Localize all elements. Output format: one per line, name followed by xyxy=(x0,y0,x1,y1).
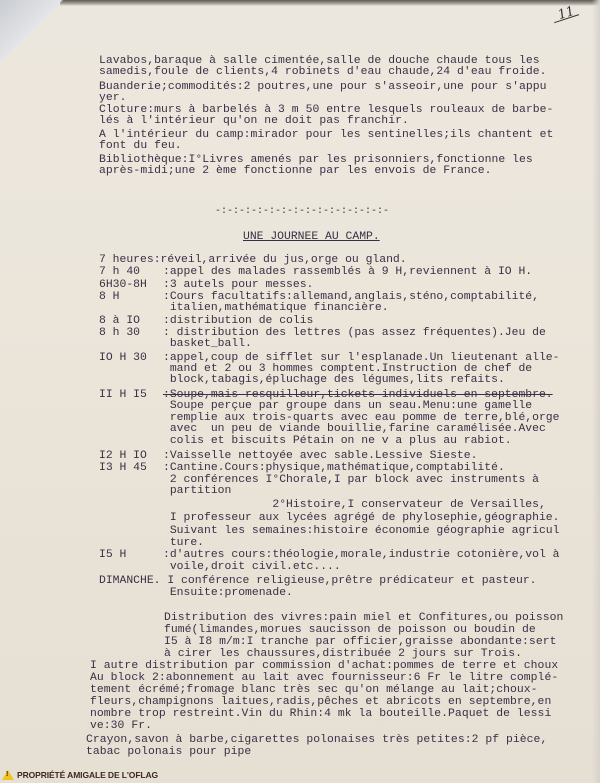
schedule-text: colis et biscuits Pétain on ne v a plus … xyxy=(163,435,512,447)
schedule-text: ture. xyxy=(163,537,204,549)
schedule-text: :distribution de colis xyxy=(163,315,313,327)
schedule-text: I professeur aux lycées agrégé de phylos… xyxy=(163,512,559,524)
schedule-text: Soupe perçue par groupe dans un seau.Men… xyxy=(163,400,532,412)
intro-line: font du feu. xyxy=(99,141,182,152)
schedule-row-cont: partition xyxy=(99,486,231,497)
schedule-row: 6H30-8H:3 autels pour messes. xyxy=(99,280,313,291)
warning-icon: ! xyxy=(2,770,14,780)
schedule-text: basket_ball. xyxy=(163,338,252,350)
schedule-row-cont: Ensuite:promenade. xyxy=(99,588,293,599)
schedule-time: 7 h 40 xyxy=(99,267,163,278)
schedule-text: 2°Histoire,I conservateur de Versailles, xyxy=(163,499,546,511)
schedule-time: 7 heures xyxy=(99,254,154,266)
intro-line: samedis,foule de clients,4 robinets d'ea… xyxy=(99,67,547,78)
schedule-row-cont: Suivant les semaines:histoire économie g… xyxy=(99,526,559,537)
intro-line: après-midi;une 2 ème fonctionne par les … xyxy=(99,166,491,177)
purchases-line: tabac polonais pour pipe xyxy=(86,747,251,758)
page-right-edge xyxy=(592,0,600,783)
schedule-row-cont: block,tabagis,épluchage des légumes,lits… xyxy=(99,375,505,386)
schedule-row-cont: italien,mathématique financière. xyxy=(99,303,389,314)
page-top-shadow xyxy=(60,0,600,6)
schedule-row: 7 heures:réveil,arrivée du jus,orge ou g… xyxy=(99,255,407,266)
footer-label: PROPRIÉTÉ AMIGALE DE L'OFLAG xyxy=(17,770,158,780)
schedule-row: 8 à IO:distribution de colis xyxy=(99,316,313,327)
schedule-row: 7 h 40:appel des malades rassemblés à 9 … xyxy=(99,267,532,278)
schedule-time: 8 H xyxy=(99,292,163,303)
schedule-text: :réveil,arrivée du jus,orge ou gland. xyxy=(154,254,407,266)
purchases-line: tement écrémé;fromage blanc très sec qu'… xyxy=(90,685,538,696)
schedule-text: voile,droit civil.etc.... xyxy=(163,561,341,573)
schedule-text: :Vaisselle nettoyée avec sable.Lessive S… xyxy=(163,450,477,462)
schedule-time: 8 h 30 xyxy=(99,328,163,339)
schedule-row: I5 H:d'autres cours:théologie,morale,ind… xyxy=(99,550,559,561)
purchases-line: Au block 2:abonnement au lait avec fourn… xyxy=(90,673,558,684)
schedule-text: :appel des malades rassemblés à 9 H,revi… xyxy=(163,266,532,278)
purchases-line: ve:30 Fr. xyxy=(90,721,152,732)
schedule-row-cont: Soupe perçue par groupe dans un seau.Men… xyxy=(99,401,532,412)
schedule-text: partition xyxy=(163,485,231,497)
section-title: UNE JOURNEE AU CAMP. xyxy=(243,231,380,243)
page-number: 11 xyxy=(556,4,576,23)
document-page: 11 Lavabos,baraque à salle cimentée,sall… xyxy=(0,0,600,783)
provisions-line: fumé(limandes,morues saucisson de poisso… xyxy=(164,625,536,636)
schedule-time: 6H30-8H xyxy=(99,280,163,291)
schedule-text: :Cantine.Cours:physique,mathématique,com… xyxy=(163,462,505,474)
purchases-line: nombre trop restreint.Vin du Rhin:4 mk l… xyxy=(90,709,551,720)
schedule-text: I conférence religieuse,prêtre prédicate… xyxy=(161,575,537,587)
provisions-line: à cirer les chaussures,distribuée 2 jour… xyxy=(164,649,522,660)
purchases-line: I autre distribution par commission d'ac… xyxy=(90,661,558,672)
schedule-row-cont: avec un peu de viande bouillie,farine ca… xyxy=(99,424,546,435)
provisions-line: Distribution des vivres:pain miel et Con… xyxy=(164,613,563,624)
schedule-text: Ensuite:promenade. xyxy=(163,587,293,599)
schedule-text: Suivant les semaines:histoire économie g… xyxy=(163,525,559,537)
provisions-line: I5 à I8 m/m:I tranche par officier,grais… xyxy=(164,637,556,648)
schedule-row-cont: colis et biscuits Pétain on ne v a plus … xyxy=(99,436,512,447)
schedule-time: I2 H IO xyxy=(99,451,163,462)
schedule-row: I2 H IO:Vaisselle nettoyée avec sable.Le… xyxy=(99,451,477,462)
schedule-text: :3 autels pour messes. xyxy=(163,279,313,291)
ownership-footer: ! PROPRIÉTÉ AMIGALE DE L'OFLAG xyxy=(2,770,158,780)
schedule-text: avec un peu de viande bouillie,farine ca… xyxy=(163,423,546,435)
schedule-text: :d'autres cours:théologie,morale,industr… xyxy=(163,549,559,561)
schedule-row-cont: I professeur aux lycées agrégé de phylos… xyxy=(99,513,559,524)
purchases-line: Crayon,savon à barbe,cigarettes polonais… xyxy=(86,735,547,746)
schedule-time: IO H 30 xyxy=(99,353,163,364)
schedule-row-cont: 2°Histoire,I conservateur de Versailles, xyxy=(99,500,546,511)
schedule-row-cont: basket_ball. xyxy=(99,339,252,350)
schedule-row-cont: voile,droit civil.etc.... xyxy=(99,562,341,573)
schedule-time: II H I5 xyxy=(99,390,163,401)
schedule-time: 8 à IO xyxy=(99,316,163,327)
schedule-time: DIMANCHE. xyxy=(99,575,161,587)
schedule-row: DIMANCHE. I conférence religieuse,prêtre… xyxy=(99,576,536,587)
folded-corner xyxy=(0,0,64,64)
schedule-text: italien,mathématique financière. xyxy=(163,302,389,314)
schedule-time: I5 H xyxy=(99,550,163,561)
intro-line: Buanderie;commodités:2 poutres,une pour … xyxy=(99,82,547,93)
section-divider: -:-:-:-:-:-:-:-:-:-:-:-:-:-:- xyxy=(215,206,389,217)
intro-line: yer. xyxy=(99,93,127,104)
schedule-row: I3 H 45:Cantine.Cours:physique,mathémati… xyxy=(99,463,505,474)
intro-line: lés à l'intérieur qu'on ne doit pas fran… xyxy=(99,116,409,127)
schedule-text: block,tabagis,épluchage des légumes,lits… xyxy=(163,374,505,386)
schedule-row-cont: ture. xyxy=(99,538,204,549)
purchases-line: fleurs,champignons laitues,radis,pêches … xyxy=(90,697,551,708)
schedule-time: I3 H 45 xyxy=(99,463,163,474)
